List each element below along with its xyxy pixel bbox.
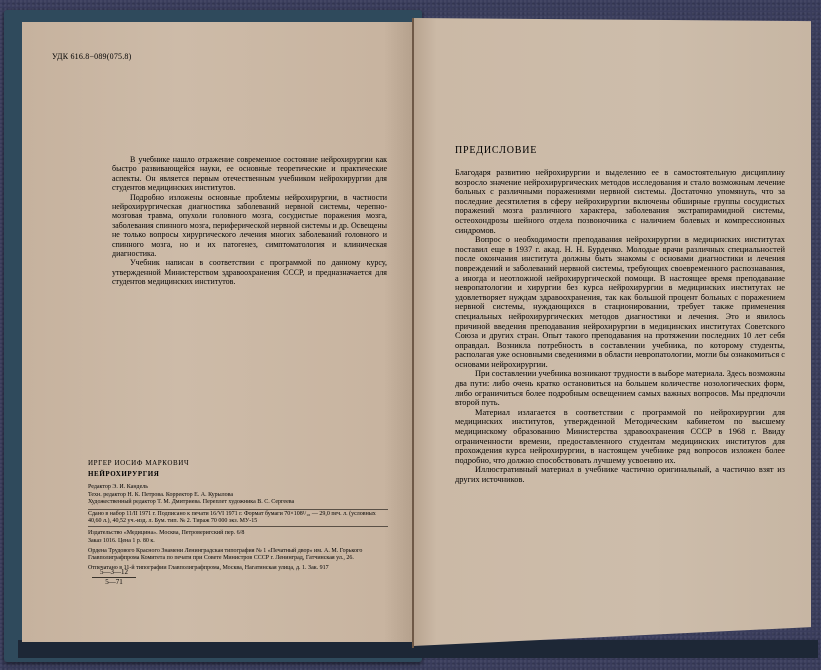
preface-body: Благодаря развитию нейрохирургии и выдел… <box>455 168 785 485</box>
udk-code: УДК 616.8−089(075.8) <box>52 52 132 61</box>
abstract-paragraph: Учебник написан в соответствии с програм… <box>112 258 387 286</box>
publisher-info: Издательство «Медицина». Москва, Петрове… <box>88 530 388 544</box>
code-numerator: 5—3—12 <box>92 568 136 578</box>
preface-paragraph: При составлении учебника возникают трудн… <box>455 369 785 407</box>
book-spine <box>412 18 414 648</box>
preface-paragraph: Материал излагается в соответствии с про… <box>455 408 785 466</box>
book-abstract: В учебнике нашло отражение современное с… <box>112 155 387 287</box>
editor-line: Техн. редактор Н. К. Петрова. Корректор … <box>88 492 388 499</box>
preface-heading: ПРЕДИСЛОВИЕ <box>455 145 537 156</box>
colophon: ИРГЕР ИОСИФ МАРКОВИЧ НЕЙРОХИРУРГИЯ Редак… <box>88 460 388 575</box>
print-info: Сдано в набор 11/II 1971 г. Подписано к … <box>88 509 388 527</box>
catalog-code: 5—3—12 5—71 <box>92 568 136 586</box>
editor-line: Редактор Э. И. Кандель <box>88 484 388 491</box>
preface-paragraph: Благодаря развитию нейрохирургии и выдел… <box>455 168 785 235</box>
abstract-paragraph: В учебнике нашло отражение современное с… <box>112 155 387 193</box>
preface-paragraph: Вопрос о необходимости преподавания нейр… <box>455 235 785 369</box>
code-denominator: 5—71 <box>92 578 136 586</box>
editor-line: Художественный редактор Т. М. Дмитриева.… <box>88 499 388 506</box>
book-title: НЕЙРОХИРУРГИЯ <box>88 471 388 478</box>
abstract-paragraph: Подробно изложены основные проблемы нейр… <box>112 193 387 259</box>
editors-list: Редактор Э. И. Кандель Техн. редактор Н.… <box>88 484 388 506</box>
publisher-line: Издательство «Медицина». Москва, Петрове… <box>88 530 388 537</box>
preface-paragraph: Иллюстративный материал в учебнике части… <box>455 465 785 484</box>
author-name: ИРГЕР ИОСИФ МАРКОВИЧ <box>88 460 388 467</box>
publisher-line: Заказ 1016. Цена 1 р. 80 к. <box>88 538 388 545</box>
printer-info: Ордена Трудового Красного Знамени Ленинг… <box>88 548 388 562</box>
